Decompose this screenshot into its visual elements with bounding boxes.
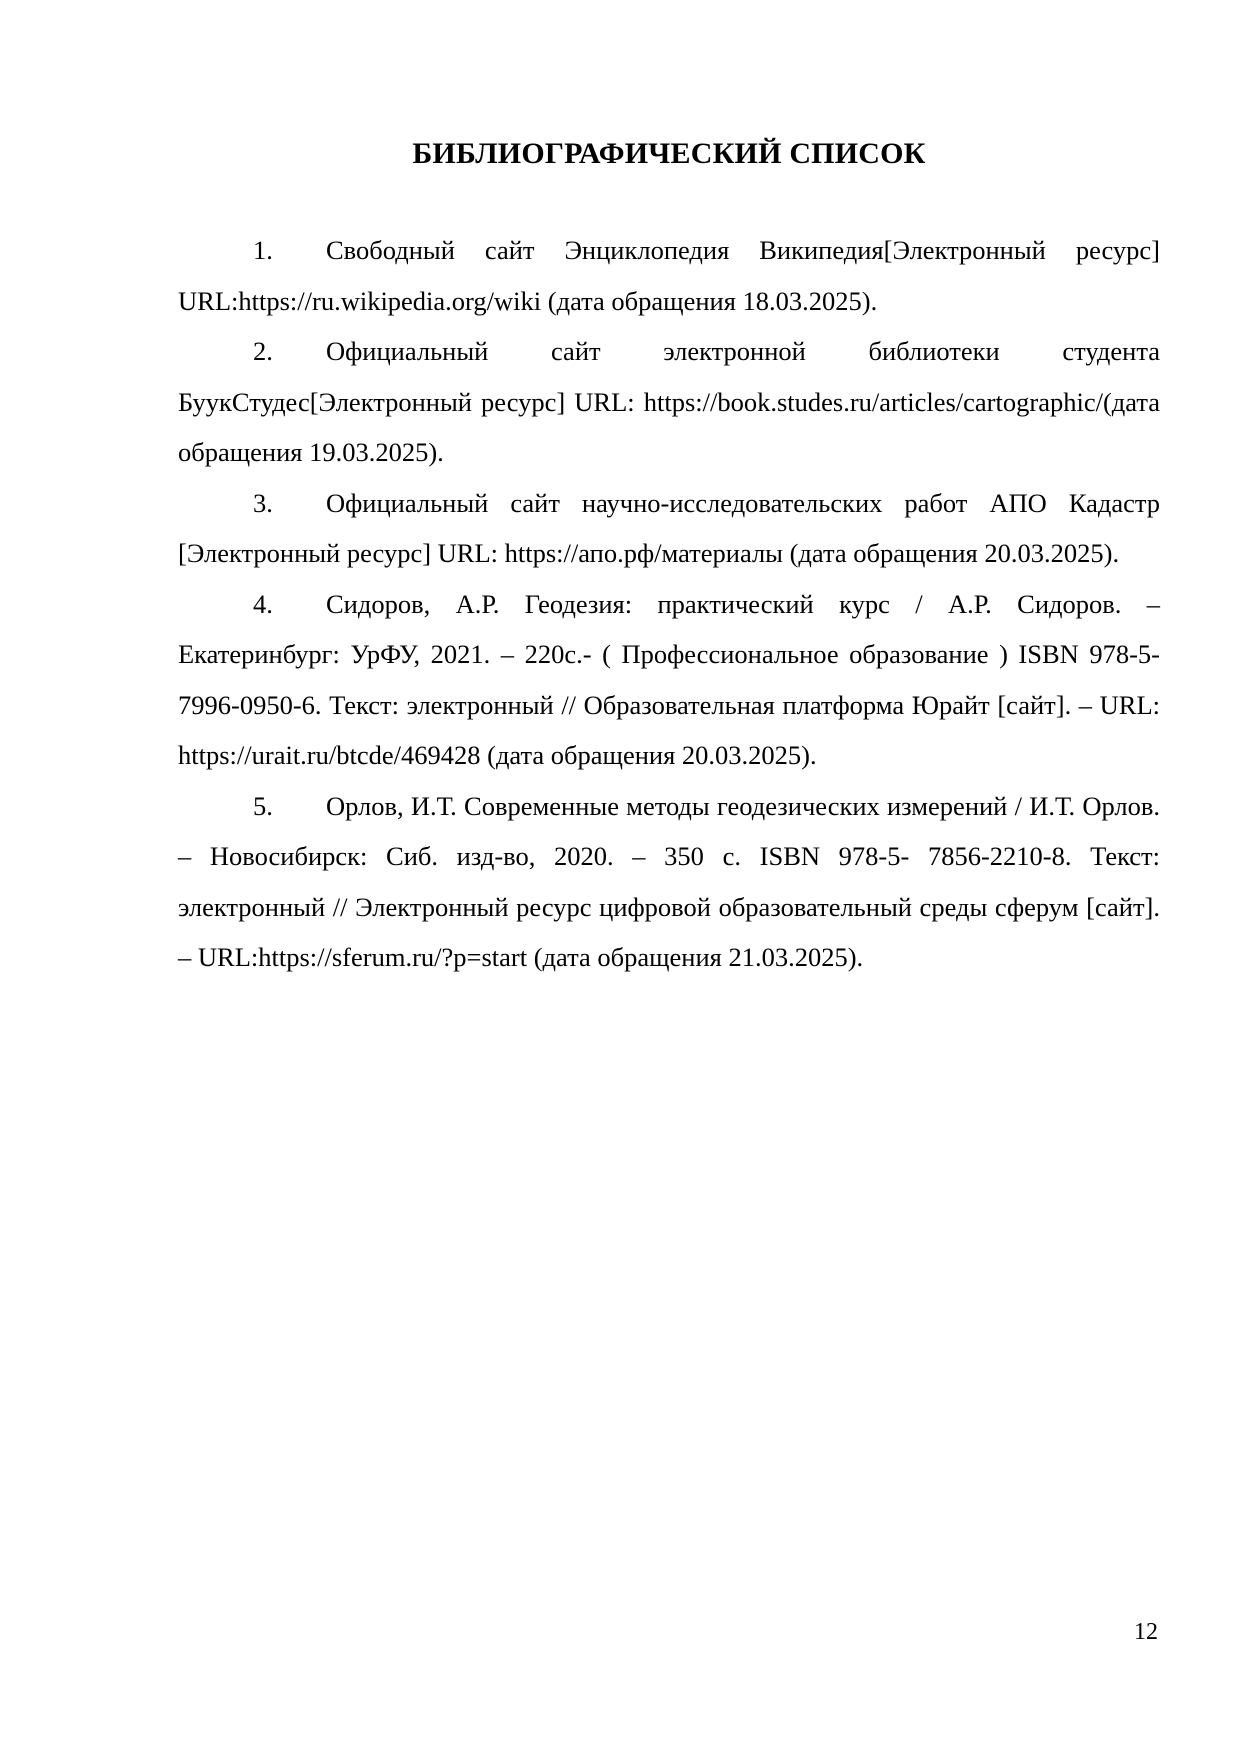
bibliography-item-5: 5.Орлов, И.Т. Современные методы геодези… (178, 781, 1160, 983)
item-text: Официальный сайт электронной библиотеки … (178, 336, 1160, 467)
item-number: 1. (253, 225, 326, 276)
document-page: БИБЛИОГРАФИЧЕСКИЙ СПИСОК 1.Свободный сай… (0, 0, 1241, 1755)
bibliography-item-1: 1.Свободный сайт Энциклопедия Википедия[… (178, 225, 1160, 326)
item-text: Сидоров, А.Р. Геодезия: практический кур… (178, 589, 1160, 771)
item-number: 4. (253, 579, 326, 630)
item-number: 5. (253, 781, 326, 832)
page-number: 12 (1118, 1617, 1158, 1647)
bibliography-item-4: 4.Сидоров, А.Р. Геодезия: практический к… (178, 579, 1160, 781)
page-title: БИБЛИОГРАФИЧЕСКИЙ СПИСОК (178, 134, 1160, 174)
item-number: 3. (253, 478, 326, 529)
item-text: Свободный сайт Энциклопедия Википедия[Эл… (178, 235, 1160, 316)
bibliography-item-2: 2.Официальный сайт электронной библиотек… (178, 326, 1160, 478)
item-text: Орлов, И.Т. Современные методы геодезиче… (178, 791, 1160, 973)
item-number: 2. (253, 326, 326, 377)
bibliography-list: 1.Свободный сайт Энциклопедия Википедия[… (178, 225, 1160, 983)
bibliography-item-3: 3.Официальный сайт научно-исследовательс… (178, 478, 1160, 579)
item-text: Официальный сайт научно-исследовательски… (178, 488, 1160, 569)
